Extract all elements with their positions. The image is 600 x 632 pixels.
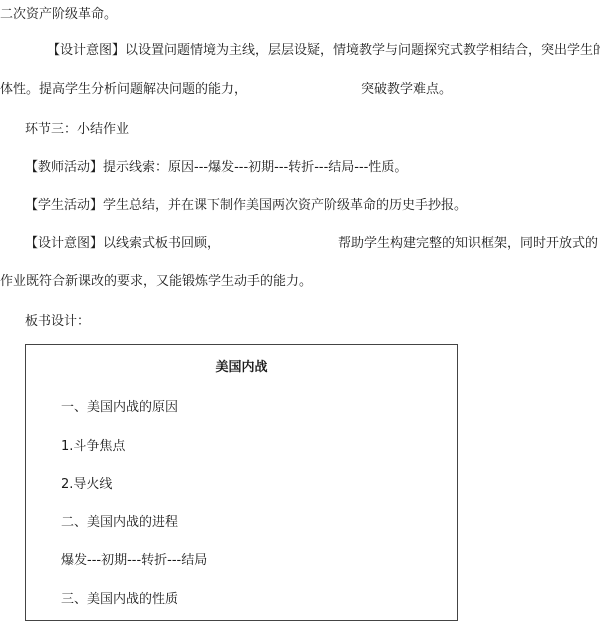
board-item-focus: 1.斗争焦点 — [61, 438, 125, 456]
paragraph-design-intent-1-line2b: 突破教学难点。 — [361, 81, 452, 99]
paragraph-student-activity: 【学生活动】学生总结，并在课下制作美国两次资产阶级革命的历史手抄报。 — [25, 197, 467, 215]
board-design-label: 板书设计： — [25, 313, 90, 331]
board-item-timeline: 爆发---初期---转折---结局 — [61, 552, 207, 570]
board-title: 美国内战 — [26, 359, 457, 377]
board-item-nature: 三、美国内战的性质 — [61, 591, 178, 609]
paragraph-design-intent-1-line2a: 体性。提高学生分析问题解决问题的能力， — [0, 81, 247, 99]
paragraph-design-intent-1-line1: 【设计意图】以设置问题情境为主线，层层设疑，情境教学与问题探究式教学相结合，突出… — [47, 42, 600, 60]
paragraph-design-intent-2-line1a: 【设计意图】以线索式板书回顾， — [25, 235, 220, 253]
section-heading-summary: 环节三：小结作业 — [25, 121, 129, 139]
paragraph-design-intent-2-line1b: 帮助学生构建完整的知识框架，同时开放式的 — [338, 235, 598, 253]
board-item-process: 二、美国内战的进程 — [61, 514, 178, 532]
board-item-causes: 一、美国内战的原因 — [61, 399, 178, 417]
paragraph-design-intent-2-line2: 作业既符合新课改的要求，又能锻炼学生动手的能力。 — [0, 273, 312, 291]
board-item-fuse: 2.导火线 — [61, 476, 112, 494]
paragraph-teacher-activity: 【教师活动】提示线索：原因---爆发---初期---转折---结局---性质。 — [25, 159, 407, 177]
paragraph-revolution-end: 二次资产阶级革命。 — [0, 6, 117, 24]
board-design-box: 美国内战 一、美国内战的原因 1.斗争焦点 2.导火线 二、美国内战的进程 爆发… — [25, 344, 458, 621]
